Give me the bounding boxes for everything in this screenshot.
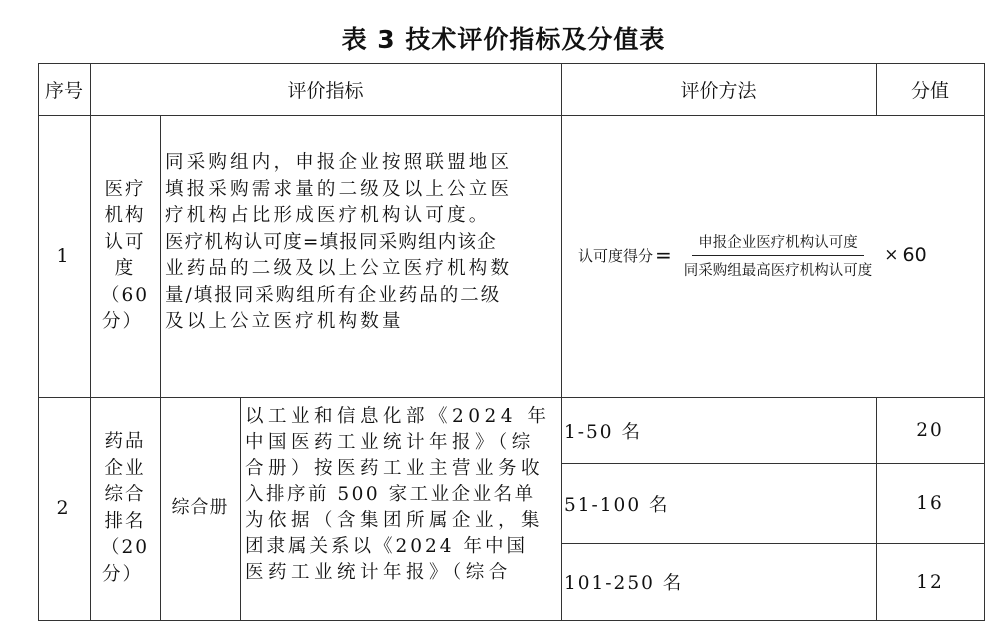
header-score: 分值 (876, 63, 984, 115)
header-method: 评价方法 (561, 63, 876, 115)
indicator-line: （20 (101, 535, 149, 562)
formula-lhs: 认可度得分 (578, 245, 653, 266)
row1-seq: 1 (38, 115, 90, 397)
description-line: 中国医药工业统计年报》（综 (245, 430, 559, 456)
tier-score: 20 (876, 398, 984, 463)
divider (561, 63, 562, 621)
indicator-line: 度 (115, 256, 136, 283)
row1-indicator: 医疗 机构 认可 度 （60 分） (90, 115, 160, 397)
description-line: 团隶属关系以《2024 年中国 (245, 534, 559, 560)
indicator-line: 机构 (104, 203, 145, 230)
description-line: 入排序前 500 家工业企业名单 (245, 482, 559, 508)
description-line: 量/填报同采购组所有企业药品的二级 (165, 283, 560, 310)
divider (240, 397, 241, 621)
row2-sub-indicator: 综合册 (160, 397, 240, 620)
indicator-line: 认可 (104, 230, 145, 257)
formula-times: × (884, 245, 898, 265)
indicator-line: 企业 (104, 456, 145, 483)
indicator-line: 药品 (104, 429, 145, 456)
row1-description: 同采购组内，申报企业按照联盟地区 填报采购需求量的二级及以上公立医 疗机构占比形… (165, 150, 560, 336)
description-line: 疗机构占比形成医疗机构认可度。 (165, 203, 560, 230)
formula-denominator: 同采购组最高医疗机构认可度 (678, 256, 879, 280)
tier-range: 1-50 名 (564, 398, 874, 463)
indicator-line: 综合 (104, 482, 145, 509)
description-line: 同采购组内，申报企业按照联盟地区 (165, 150, 560, 177)
description-line: 为依据（含集团所属企业，集 (245, 508, 559, 534)
tier-score: 12 (876, 544, 984, 620)
indicator-line: （60 (101, 283, 149, 310)
divider (38, 620, 985, 621)
description-line: 医药工业统计年报》（综合 (245, 560, 559, 586)
header-seq: 序号 (38, 63, 90, 115)
tier-score: 16 (876, 464, 984, 543)
row2-indicator: 药品 企业 综合 排名 （20 分） (90, 397, 160, 620)
row2-description: 以工业和信息化部《2024 年 中国医药工业统计年报》（综 合册）按医药工业主营… (245, 404, 559, 586)
description-line: 及以上公立医疗机构数量 (165, 309, 560, 336)
table-title: 表 3 技术评价指标及分值表 (0, 20, 1007, 56)
formula-fraction: 申报企业医疗机构认可度 同采购组最高医疗机构认可度 (678, 231, 879, 280)
formula-equals: = (655, 243, 672, 267)
indicator-line: 分） (102, 309, 148, 336)
tier-range: 51-100 名 (564, 464, 874, 543)
description-line: 填报采购需求量的二级及以上公立医 (165, 177, 560, 204)
description-line: 业药品的二级及以上公立医疗机构数 (165, 256, 560, 283)
description-line: 以工业和信息化部《2024 年 (245, 404, 559, 430)
formula-numerator: 申报企业医疗机构认可度 (692, 231, 864, 256)
description-line: 医疗机构认可度=填报同采购组内该企 (165, 230, 560, 257)
divider (38, 115, 985, 116)
indicator-line: 分） (102, 562, 148, 589)
score-formula: 认可度得分 = 申报企业医疗机构认可度 同采购组最高医疗机构认可度 × 60 (578, 225, 978, 285)
header-indicator: 评价指标 (90, 63, 561, 115)
divider (984, 63, 985, 621)
description-line: 合册）按医药工业主营业务收 (245, 456, 559, 482)
formula-multiplier: 60 (903, 244, 927, 266)
row2-seq: 2 (38, 397, 90, 620)
indicator-line: 排名 (104, 509, 145, 536)
tier-range: 101-250 名 (564, 544, 874, 620)
indicator-line: 医疗 (104, 177, 145, 204)
